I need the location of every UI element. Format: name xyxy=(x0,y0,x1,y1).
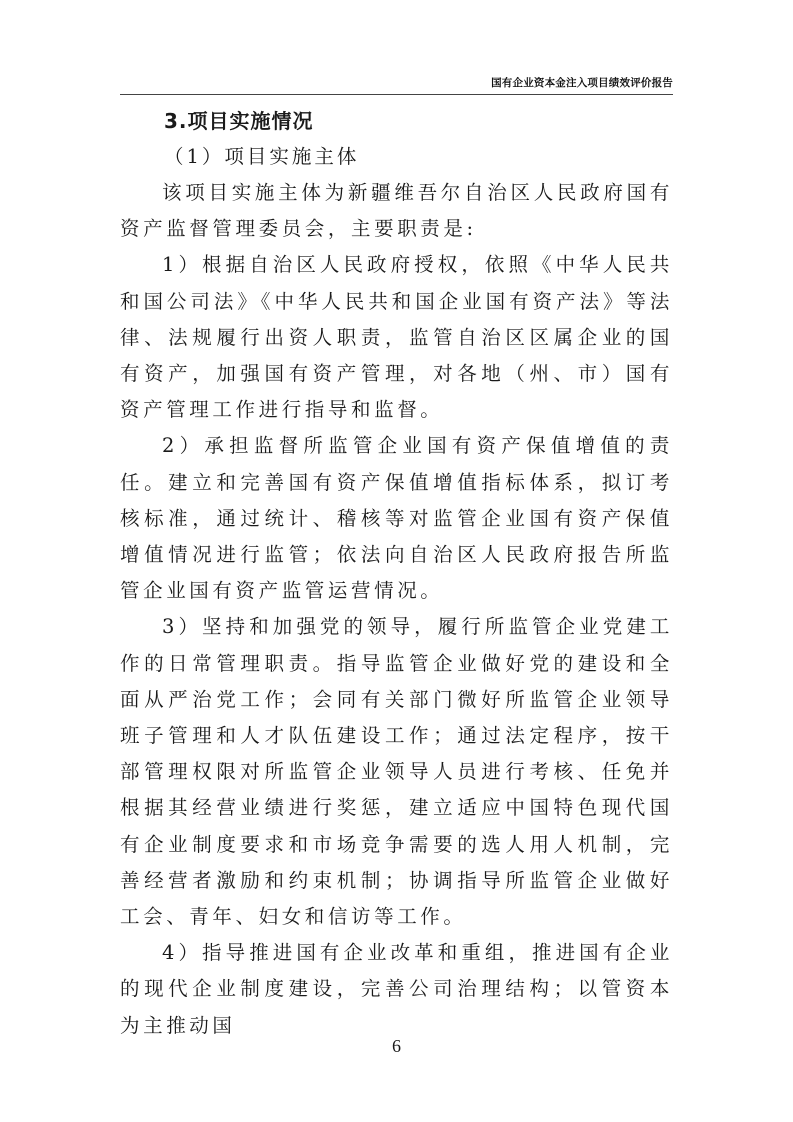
subsection-title: （1）项目实施主体 xyxy=(120,139,673,175)
running-header: 国有企业资本金注入项目绩效评价报告 xyxy=(120,76,673,90)
header-divider xyxy=(120,94,673,95)
paragraph-duty-3: 3）坚持和加强党的领导，履行所监管企业党建工作的日常管理职责。指导监管企业做好党… xyxy=(120,609,673,935)
paragraph-duty-1: 1）根据自治区人民政府授权，依照《中华人民共和国公司法》《中华人民共和国企业国有… xyxy=(120,247,673,428)
document-body: 3.项目实施情况 （1）项目实施主体 该项目实施主体为新疆维吾尔自治区人民政府国… xyxy=(120,103,673,1044)
paragraph-duty-4: 4）指导推进国有企业改革和重组，推进国有企业的现代企业制度建设，完善公司治理结构… xyxy=(120,935,673,1044)
paragraph-duty-2: 2）承担监督所监管企业国有资产保值增值的责任。建立和完善国有资产保值增值指标体系… xyxy=(120,428,673,609)
paragraph-intro: 该项目实施主体为新疆维吾尔自治区人民政府国有资产监督管理委员会，主要职责是: xyxy=(120,175,673,247)
page-number: 6 xyxy=(0,1036,793,1056)
section-title: 3.项目实施情况 xyxy=(120,103,673,139)
